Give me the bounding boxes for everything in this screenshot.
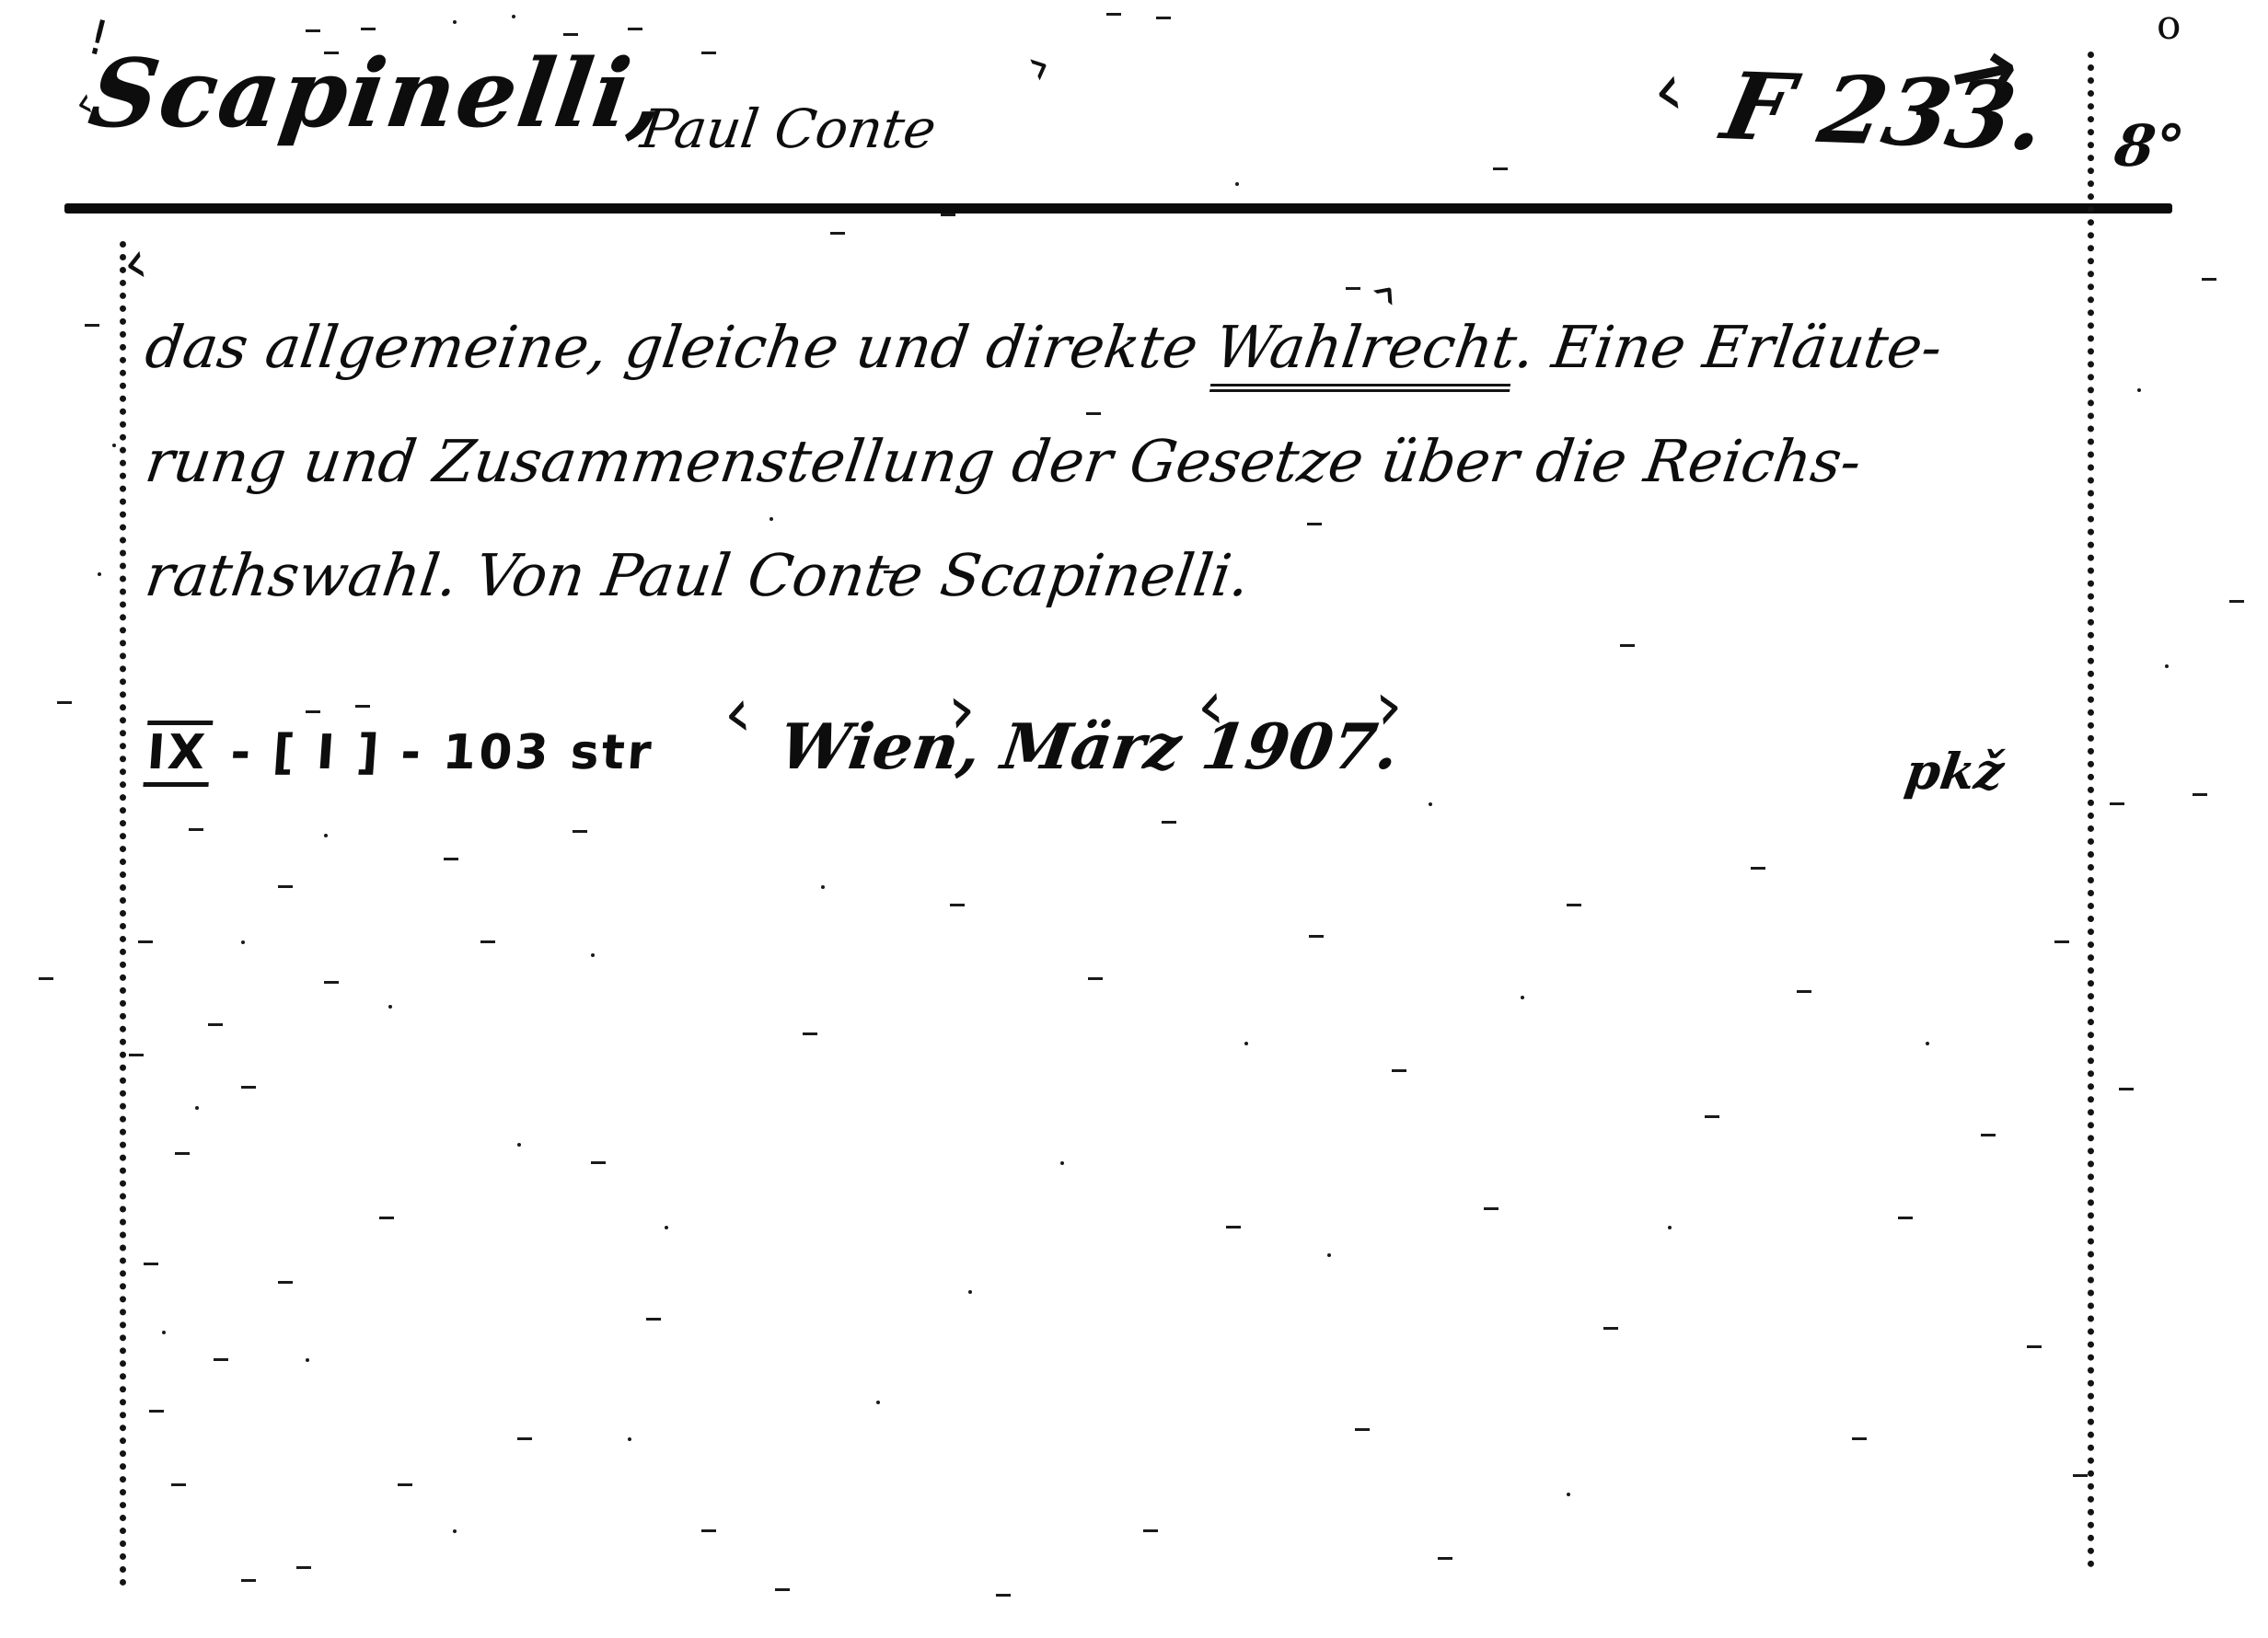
insertion-mark-open-date: ‹ bbox=[1193, 671, 1227, 742]
heading-author-name: Scapinelli, bbox=[83, 39, 674, 149]
right-dotted-border bbox=[2088, 52, 2094, 1568]
body-line-1: das allgemeine, gleiche und direkte Wahl… bbox=[138, 291, 1950, 405]
insertion-mark-close-wien: › bbox=[944, 675, 978, 745]
caret-mark-after-conte: › bbox=[1020, 39, 1059, 94]
format-size-mark: 8° bbox=[2111, 112, 2188, 179]
underlined-word-wahlrecht: Wahlrecht bbox=[1209, 314, 1521, 392]
body-line-2: rung und Zusammenstellung der Gesetze üb… bbox=[138, 405, 1869, 519]
scan-noise-dots bbox=[0, 0, 4, 4]
header-rule bbox=[64, 203, 2172, 213]
body-line-1-post: . Eine Erläute- bbox=[1511, 314, 1947, 381]
insertion-mark-close-date: › bbox=[1371, 671, 1406, 742]
heading-author-qualifier: Paul Conte bbox=[637, 98, 940, 160]
body-line-3: rathswahl. Von Paul Conte Scapinelli. bbox=[138, 519, 1257, 633]
call-number-roman: IX bbox=[143, 721, 213, 787]
left-dotted-border bbox=[120, 241, 126, 1586]
body-line-1-pre: das allgemeine, gleiche und direkte bbox=[142, 314, 1221, 381]
call-number: IX - [ I ] - 103 str bbox=[144, 725, 655, 780]
catalog-card: Scapinelli, Paul Conte F 233. 8° o das a… bbox=[0, 0, 2268, 1638]
stray-pen-mark: o bbox=[2157, 2, 2181, 49]
check-mark-before-shelfmark: ‹ bbox=[1649, 52, 1688, 129]
insertion-mark-open-wien: ‹ bbox=[720, 678, 754, 749]
librarian-annotation: pkž bbox=[1902, 742, 2008, 801]
call-number-rest: - [ I ] - 103 str bbox=[209, 725, 655, 780]
place-and-date: Wien, März 1907. bbox=[775, 710, 1404, 784]
